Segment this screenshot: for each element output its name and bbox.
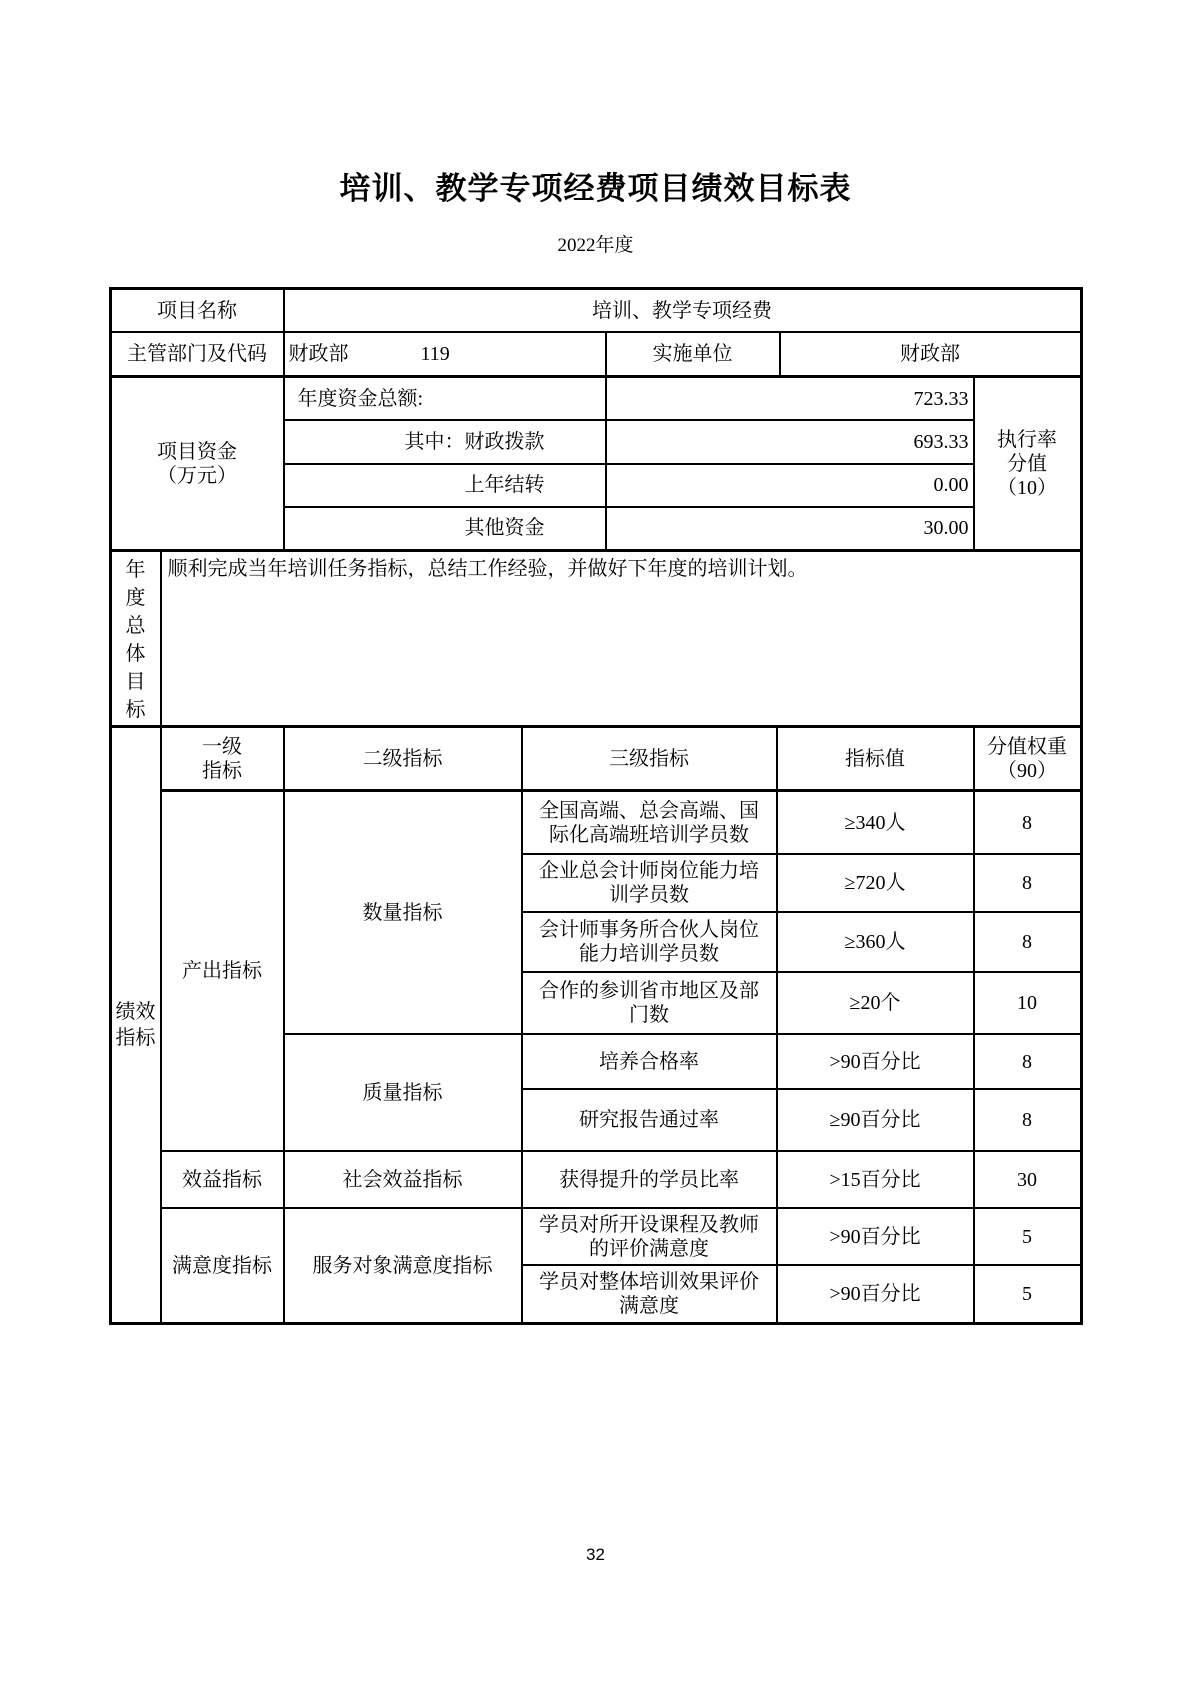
- indicator-score: 10: [975, 973, 1080, 1033]
- funding-other-value: 30.00: [607, 508, 973, 549]
- indicator-score: 8: [975, 792, 1080, 853]
- indicator-name: 获得提升的学员比率: [523, 1152, 778, 1207]
- header-level3: 三级指标: [523, 728, 778, 789]
- group-output: 产出指标 数量指标 全国高端、总会高端、国际化高端班培训学员数 ≥340人 8: [162, 792, 1080, 1152]
- dept-name: 财政部: [289, 342, 349, 366]
- dept-label: 主管部门及代码: [112, 333, 285, 375]
- level1-output: 产出指标: [162, 792, 285, 1150]
- indicators-side-label: 绩效指标: [112, 728, 162, 1322]
- page-subtitle: 2022年度: [0, 230, 1191, 257]
- annual-goal-section: 年度总体目标 顺利完成当年培训任务指标，总结工作经验，并做好下年度的培训计划。: [112, 552, 1080, 728]
- indicator-value: ≥720人: [778, 855, 975, 911]
- level2-quality: 质量指标: [285, 1035, 523, 1150]
- quality-rows: 培养合格率 >90百分比 8 研究报告通过率 ≥90百分比 8: [523, 1035, 1080, 1150]
- level1-satisfaction: 满意度指标: [162, 1209, 285, 1322]
- funding-section: 项目资金 （万元） 年度资金总额: 723.33 其中：财政拨款 693.33 …: [112, 378, 1080, 552]
- table-row: 培养合格率 >90百分比 8: [523, 1035, 1080, 1090]
- indicator-score: 5: [975, 1209, 1080, 1264]
- page-title: 培训、教学专项经费项目绩效目标表: [0, 0, 1191, 208]
- annual-goal-label: 年度总体目标: [112, 552, 162, 725]
- indicators-section: 绩效指标 一级 指标 二级指标 三级指标 指标值 分值权重 （90） 产出指标: [112, 728, 1080, 1322]
- indicator-score: 8: [975, 913, 1080, 971]
- header-level1: 一级 指标: [162, 728, 285, 789]
- indicator-name: 培养合格率: [523, 1035, 778, 1088]
- funding-total-label: 年度资金总额:: [285, 378, 607, 419]
- funding-other-label: 其他资金: [285, 508, 607, 549]
- indicator-value: ≥90百分比: [778, 1090, 975, 1150]
- group-benefit: 效益指标 社会效益指标 获得提升的学员比率 >15百分比 30: [162, 1152, 1080, 1209]
- subgroup-quality: 质量指标 培养合格率 >90百分比 8 研究报告通过率 ≥90百分比: [285, 1035, 1080, 1150]
- indicator-value: ≥360人: [778, 913, 975, 971]
- project-name-value: 培训、教学专项经费: [285, 290, 1080, 331]
- indicator-name: 研究报告通过率: [523, 1090, 778, 1150]
- level2-service: 服务对象满意度指标: [285, 1209, 523, 1322]
- page-number: 32: [0, 1545, 1191, 1565]
- header-score: 分值权重 （90）: [975, 728, 1080, 789]
- performance-target-table: 项目名称 培训、教学专项经费 主管部门及代码 财政部 119 实施单位 财政部 …: [109, 287, 1083, 1325]
- impl-unit-label: 实施单位: [607, 333, 781, 375]
- funding-rows: 年度资金总额: 723.33 其中：财政拨款 693.33 上年结转 0.00 …: [285, 378, 975, 549]
- header-level2: 二级指标: [285, 728, 523, 789]
- document-page: 培训、教学专项经费项目绩效目标表 2022年度 项目名称 培训、教学专项经费 主…: [0, 0, 1191, 1684]
- subgroup-quantity: 数量指标 全国高端、总会高端、国际化高端班培训学员数 ≥340人 8 企业总会计…: [285, 792, 1080, 1035]
- indicator-name: 会计师事务所合伙人岗位能力培训学员数: [523, 913, 778, 971]
- funding-row-total: 年度资金总额: 723.33: [285, 378, 973, 421]
- indicator-name: 学员对整体培训效果评价满意度: [523, 1266, 778, 1322]
- indicator-name: 全国高端、总会高端、国际化高端班培训学员数: [523, 792, 778, 853]
- quantity-rows: 全国高端、总会高端、国际化高端班培训学员数 ≥340人 8 企业总会计师岗位能力…: [523, 792, 1080, 1033]
- indicator-value: >90百分比: [778, 1266, 975, 1322]
- execution-rate-score-label: 执行率 分值 （10）: [975, 378, 1080, 549]
- indicator-name: 学员对所开设课程及教师的评价满意度: [523, 1209, 778, 1264]
- table-row: 研究报告通过率 ≥90百分比 8: [523, 1090, 1080, 1150]
- funding-carryover-label: 上年结转: [285, 465, 607, 506]
- indicators-header-row: 一级 指标 二级指标 三级指标 指标值 分值权重 （90）: [162, 728, 1080, 792]
- funding-total-value: 723.33: [607, 378, 973, 419]
- annual-goal-content: 顺利完成当年培训任务指标，总结工作经验，并做好下年度的培训计划。: [162, 552, 1080, 725]
- table-row: 企业总会计师岗位能力培训学员数 ≥720人 8: [523, 855, 1080, 913]
- table-row: 合作的参训省市地区及部门数 ≥20个 10: [523, 973, 1080, 1033]
- funding-appropriation-value: 693.33: [607, 421, 973, 462]
- indicators-grid: 一级 指标 二级指标 三级指标 指标值 分值权重 （90） 产出指标 数量指标: [162, 728, 1080, 1322]
- indicator-value: >15百分比: [778, 1152, 975, 1207]
- group-output-sub: 数量指标 全国高端、总会高端、国际化高端班培训学员数 ≥340人 8 企业总会计…: [285, 792, 1080, 1150]
- impl-unit-value: 财政部: [781, 333, 1080, 375]
- dept-code: 119: [421, 342, 450, 366]
- funding-row-appropriation: 其中：财政拨款 693.33: [285, 421, 973, 464]
- indicator-score: 5: [975, 1266, 1080, 1322]
- group-satisfaction: 满意度指标 服务对象满意度指标 学员对所开设课程及教师的评价满意度 >90百分比…: [162, 1209, 1080, 1322]
- funding-row-carryover: 上年结转 0.00: [285, 465, 973, 508]
- funding-carryover-value: 0.00: [607, 465, 973, 506]
- header-value: 指标值: [778, 728, 975, 789]
- indicator-value: ≥340人: [778, 792, 975, 853]
- level2-social: 社会效益指标: [285, 1152, 523, 1207]
- level1-benefit: 效益指标: [162, 1152, 285, 1207]
- indicator-name: 合作的参训省市地区及部门数: [523, 973, 778, 1033]
- funding-label: 项目资金 （万元）: [112, 378, 285, 549]
- table-row: 全国高端、总会高端、国际化高端班培训学员数 ≥340人 8: [523, 792, 1080, 855]
- indicator-name: 企业总会计师岗位能力培训学员数: [523, 855, 778, 911]
- table-row: 学员对整体培训效果评价满意度 >90百分比 5: [523, 1266, 1080, 1322]
- satisfaction-rows: 学员对所开设课程及教师的评价满意度 >90百分比 5 学员对整体培训效果评价满意…: [523, 1209, 1080, 1322]
- indicator-value: >90百分比: [778, 1209, 975, 1264]
- table-row: 学员对所开设课程及教师的评价满意度 >90百分比 5: [523, 1209, 1080, 1266]
- indicator-score: 8: [975, 855, 1080, 911]
- indicator-score: 8: [975, 1035, 1080, 1088]
- table-row: 会计师事务所合伙人岗位能力培训学员数 ≥360人 8: [523, 913, 1080, 973]
- table-row-department: 主管部门及代码 财政部 119 实施单位 财政部: [112, 333, 1080, 378]
- indicator-score: 30: [975, 1152, 1080, 1207]
- indicator-value: ≥20个: [778, 973, 975, 1033]
- funding-appropriation-label: 其中：财政拨款: [285, 421, 607, 462]
- table-row-project-name: 项目名称 培训、教学专项经费: [112, 290, 1080, 333]
- dept-value-cell: 财政部 119: [285, 333, 607, 375]
- indicator-value: >90百分比: [778, 1035, 975, 1088]
- project-name-label: 项目名称: [112, 290, 285, 331]
- funding-row-other: 其他资金 30.00: [285, 508, 973, 549]
- indicator-score: 8: [975, 1090, 1080, 1150]
- level2-quantity: 数量指标: [285, 792, 523, 1033]
